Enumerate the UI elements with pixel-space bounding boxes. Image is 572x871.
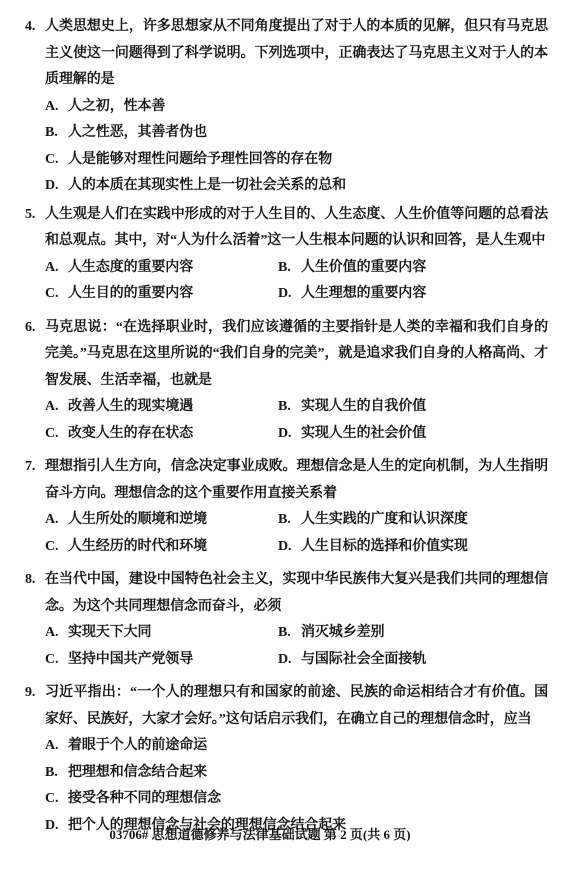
option-b: B.人生实践的广度和认识深度 bbox=[278, 507, 548, 534]
option-label: C. bbox=[45, 786, 68, 813]
option-label: A. bbox=[45, 507, 68, 534]
option-c: C.人生经历的时代和环境 bbox=[45, 534, 278, 561]
option-a: A.实现天下大同 bbox=[45, 620, 278, 647]
option-label: A. bbox=[45, 255, 68, 282]
option-label: B. bbox=[278, 620, 301, 647]
option-text: 人的本质在其现实性上是一切社会关系的总和 bbox=[68, 178, 346, 193]
option-text: 人生所处的顺境和逆境 bbox=[68, 512, 207, 527]
option-label: C. bbox=[45, 421, 68, 448]
option-text: 改善人生的现实境遇 bbox=[68, 399, 193, 414]
option-d: D.人生目标的选择和价值实现 bbox=[278, 534, 548, 561]
page-footer: 03706# 思想道德修养与法律基础试题 第 2 页(共 6 页) bbox=[109, 824, 410, 846]
option-label: B. bbox=[45, 120, 68, 147]
option-text: 人生目的的重要内容 bbox=[68, 286, 193, 301]
question-body: 马克思说：“在选择职业时，我们应该遵循的主要指针是人类的幸福和我们自身的完美。”… bbox=[45, 315, 548, 448]
question-5: 5. 人生观是人们在实践中形成的对于人生目的、人生态度、人生价值等问题的总看法和… bbox=[25, 202, 548, 308]
question-number: 6. bbox=[25, 315, 45, 448]
question-stem: 理想指引人生方向，信念决定事业成败。理想信念是人生的定向机制，为人生指明奋斗方向… bbox=[45, 454, 548, 507]
option-text: 实现天下大同 bbox=[68, 625, 151, 640]
question-9: 9. 习近平指出：“一个人的理想只有和国家的前途、民族的命运相结合才有价值。国家… bbox=[25, 680, 548, 839]
option-label: C. bbox=[45, 647, 68, 674]
question-body: 理想指引人生方向，信念决定事业成败。理想信念是人生的定向机制，为人生指明奋斗方向… bbox=[45, 454, 548, 560]
exam-page: 4. 人类思想史上，许多思想家从不同角度提出了对于人的本质的见解，但只有马克思主… bbox=[0, 0, 572, 839]
option-label: A. bbox=[45, 394, 68, 421]
option-c: C.坚持中国共产党领导 bbox=[45, 647, 278, 674]
option-text: 人生理想的重要内容 bbox=[301, 286, 426, 301]
option-text: 人生实践的广度和认识深度 bbox=[301, 512, 468, 527]
question-stem: 人类思想史上，许多思想家从不同角度提出了对于人的本质的见解，但只有马克思主义使这… bbox=[45, 14, 548, 94]
question-number: 9. bbox=[25, 680, 45, 839]
option-text: 人生经历的时代和环境 bbox=[68, 539, 207, 554]
option-a: A.着眼于个人的前途命运 bbox=[45, 733, 548, 760]
question-number: 4. bbox=[25, 14, 45, 200]
option-label: D. bbox=[278, 421, 301, 448]
option-label: D. bbox=[278, 281, 301, 308]
option-text: 把理想和信念结合起来 bbox=[68, 765, 207, 780]
option-text: 坚持中国共产党领导 bbox=[68, 652, 193, 667]
question-stem: 在当代中国，建设中国特色社会主义，实现中华民族伟大复兴是我们共同的理想信念。为这… bbox=[45, 567, 548, 620]
question-stem: 习近平指出：“一个人的理想只有和国家的前途、民族的命运相结合才有价值。国家好、民… bbox=[45, 680, 548, 733]
option-list: A.人生态度的重要内容 B.人生价值的重要内容 C.人生目的的重要内容 D.人生… bbox=[45, 255, 548, 308]
option-d: D.实现人生的社会价值 bbox=[278, 421, 548, 448]
option-c: C.人生目的的重要内容 bbox=[45, 281, 278, 308]
option-list: A.人生所处的顺境和逆境 B.人生实践的广度和认识深度 C.人生经历的时代和环境… bbox=[45, 507, 548, 560]
option-a: A.改善人生的现实境遇 bbox=[45, 394, 278, 421]
option-text: 人生目标的选择和价值实现 bbox=[301, 539, 468, 554]
option-label: A. bbox=[45, 733, 68, 760]
option-text: 人生态度的重要内容 bbox=[68, 260, 193, 275]
option-b: B.人生价值的重要内容 bbox=[278, 255, 548, 282]
question-number: 5. bbox=[25, 202, 45, 308]
option-b: B.把理想和信念结合起来 bbox=[45, 760, 548, 787]
option-label: D. bbox=[45, 173, 68, 200]
option-label: D. bbox=[278, 534, 301, 561]
question-stem: 人生观是人们在实践中形成的对于人生目的、人生态度、人生价值等问题的总看法和总观点… bbox=[45, 202, 548, 255]
option-label: C. bbox=[45, 534, 68, 561]
option-label: B. bbox=[278, 507, 301, 534]
question-8: 8. 在当代中国，建设中国特色社会主义，实现中华民族伟大复兴是我们共同的理想信念… bbox=[25, 567, 548, 673]
question-stem: 马克思说：“在选择职业时，我们应该遵循的主要指针是人类的幸福和我们自身的完美。”… bbox=[45, 315, 548, 395]
option-c: C.接受各种不同的理想信念 bbox=[45, 786, 548, 813]
question-6: 6. 马克思说：“在选择职业时，我们应该遵循的主要指针是人类的幸福和我们自身的完… bbox=[25, 315, 548, 448]
option-list: A.实现天下大同 B.消灭城乡差别 C.坚持中国共产党领导 D.与国际社会全面接… bbox=[45, 620, 548, 673]
option-text: 消灭城乡差别 bbox=[301, 625, 384, 640]
question-body: 习近平指出：“一个人的理想只有和国家的前途、民族的命运相结合才有价值。国家好、民… bbox=[45, 680, 548, 839]
option-a: A.人之初，性本善 bbox=[45, 94, 548, 121]
question-body: 人生观是人们在实践中形成的对于人生目的、人生态度、人生价值等问题的总看法和总观点… bbox=[45, 202, 548, 308]
option-list: A.人之初，性本善 B.人之性恶，其善者伪也 C.人是能够对理性问题给予理性回答… bbox=[45, 94, 548, 200]
option-label: B. bbox=[278, 255, 301, 282]
option-c: C.人是能够对理性问题给予理性回答的存在物 bbox=[45, 147, 548, 174]
option-text: 人是能够对理性问题给予理性回答的存在物 bbox=[68, 152, 332, 167]
option-label: D. bbox=[278, 647, 301, 674]
option-text: 接受各种不同的理想信念 bbox=[68, 791, 221, 806]
question-7: 7. 理想指引人生方向，信念决定事业成败。理想信念是人生的定向机制，为人生指明奋… bbox=[25, 454, 548, 560]
question-number: 7. bbox=[25, 454, 45, 560]
option-a: A.人生所处的顺境和逆境 bbox=[45, 507, 278, 534]
option-label: C. bbox=[45, 147, 68, 174]
option-text: 着眼于个人的前途命运 bbox=[68, 738, 207, 753]
option-label: C. bbox=[45, 281, 68, 308]
option-a: A.人生态度的重要内容 bbox=[45, 255, 278, 282]
option-text: 人之初，性本善 bbox=[68, 99, 165, 114]
option-b: B.消灭城乡差别 bbox=[278, 620, 548, 647]
option-text: 与国际社会全面接轨 bbox=[301, 652, 426, 667]
option-text: 实现人生的社会价值 bbox=[301, 426, 426, 441]
option-label: D. bbox=[45, 813, 68, 840]
option-c: C.改变人生的存在状态 bbox=[45, 421, 278, 448]
question-body: 人类思想史上，许多思想家从不同角度提出了对于人的本质的见解，但只有马克思主义使这… bbox=[45, 14, 548, 200]
option-text: 人生价值的重要内容 bbox=[301, 260, 426, 275]
option-list: A.改善人生的现实境遇 B.实现人生的自我价值 C.改变人生的存在状态 D.实现… bbox=[45, 394, 548, 447]
option-label: A. bbox=[45, 94, 68, 121]
question-number: 8. bbox=[25, 567, 45, 673]
option-b: B.实现人生的自我价值 bbox=[278, 394, 548, 421]
question-4: 4. 人类思想史上，许多思想家从不同角度提出了对于人的本质的见解，但只有马克思主… bbox=[25, 14, 548, 200]
option-d: D.与国际社会全面接轨 bbox=[278, 647, 548, 674]
option-label: A. bbox=[45, 620, 68, 647]
option-d: D.人生理想的重要内容 bbox=[278, 281, 548, 308]
option-text: 改变人生的存在状态 bbox=[68, 426, 193, 441]
option-d: D.人的本质在其现实性上是一切社会关系的总和 bbox=[45, 173, 548, 200]
option-text: 实现人生的自我价值 bbox=[301, 399, 426, 414]
option-b: B.人之性恶，其善者伪也 bbox=[45, 120, 548, 147]
option-label: B. bbox=[278, 394, 301, 421]
option-label: B. bbox=[45, 760, 68, 787]
option-text: 人之性恶，其善者伪也 bbox=[68, 125, 207, 140]
question-body: 在当代中国，建设中国特色社会主义，实现中华民族伟大复兴是我们共同的理想信念。为这… bbox=[45, 567, 548, 673]
